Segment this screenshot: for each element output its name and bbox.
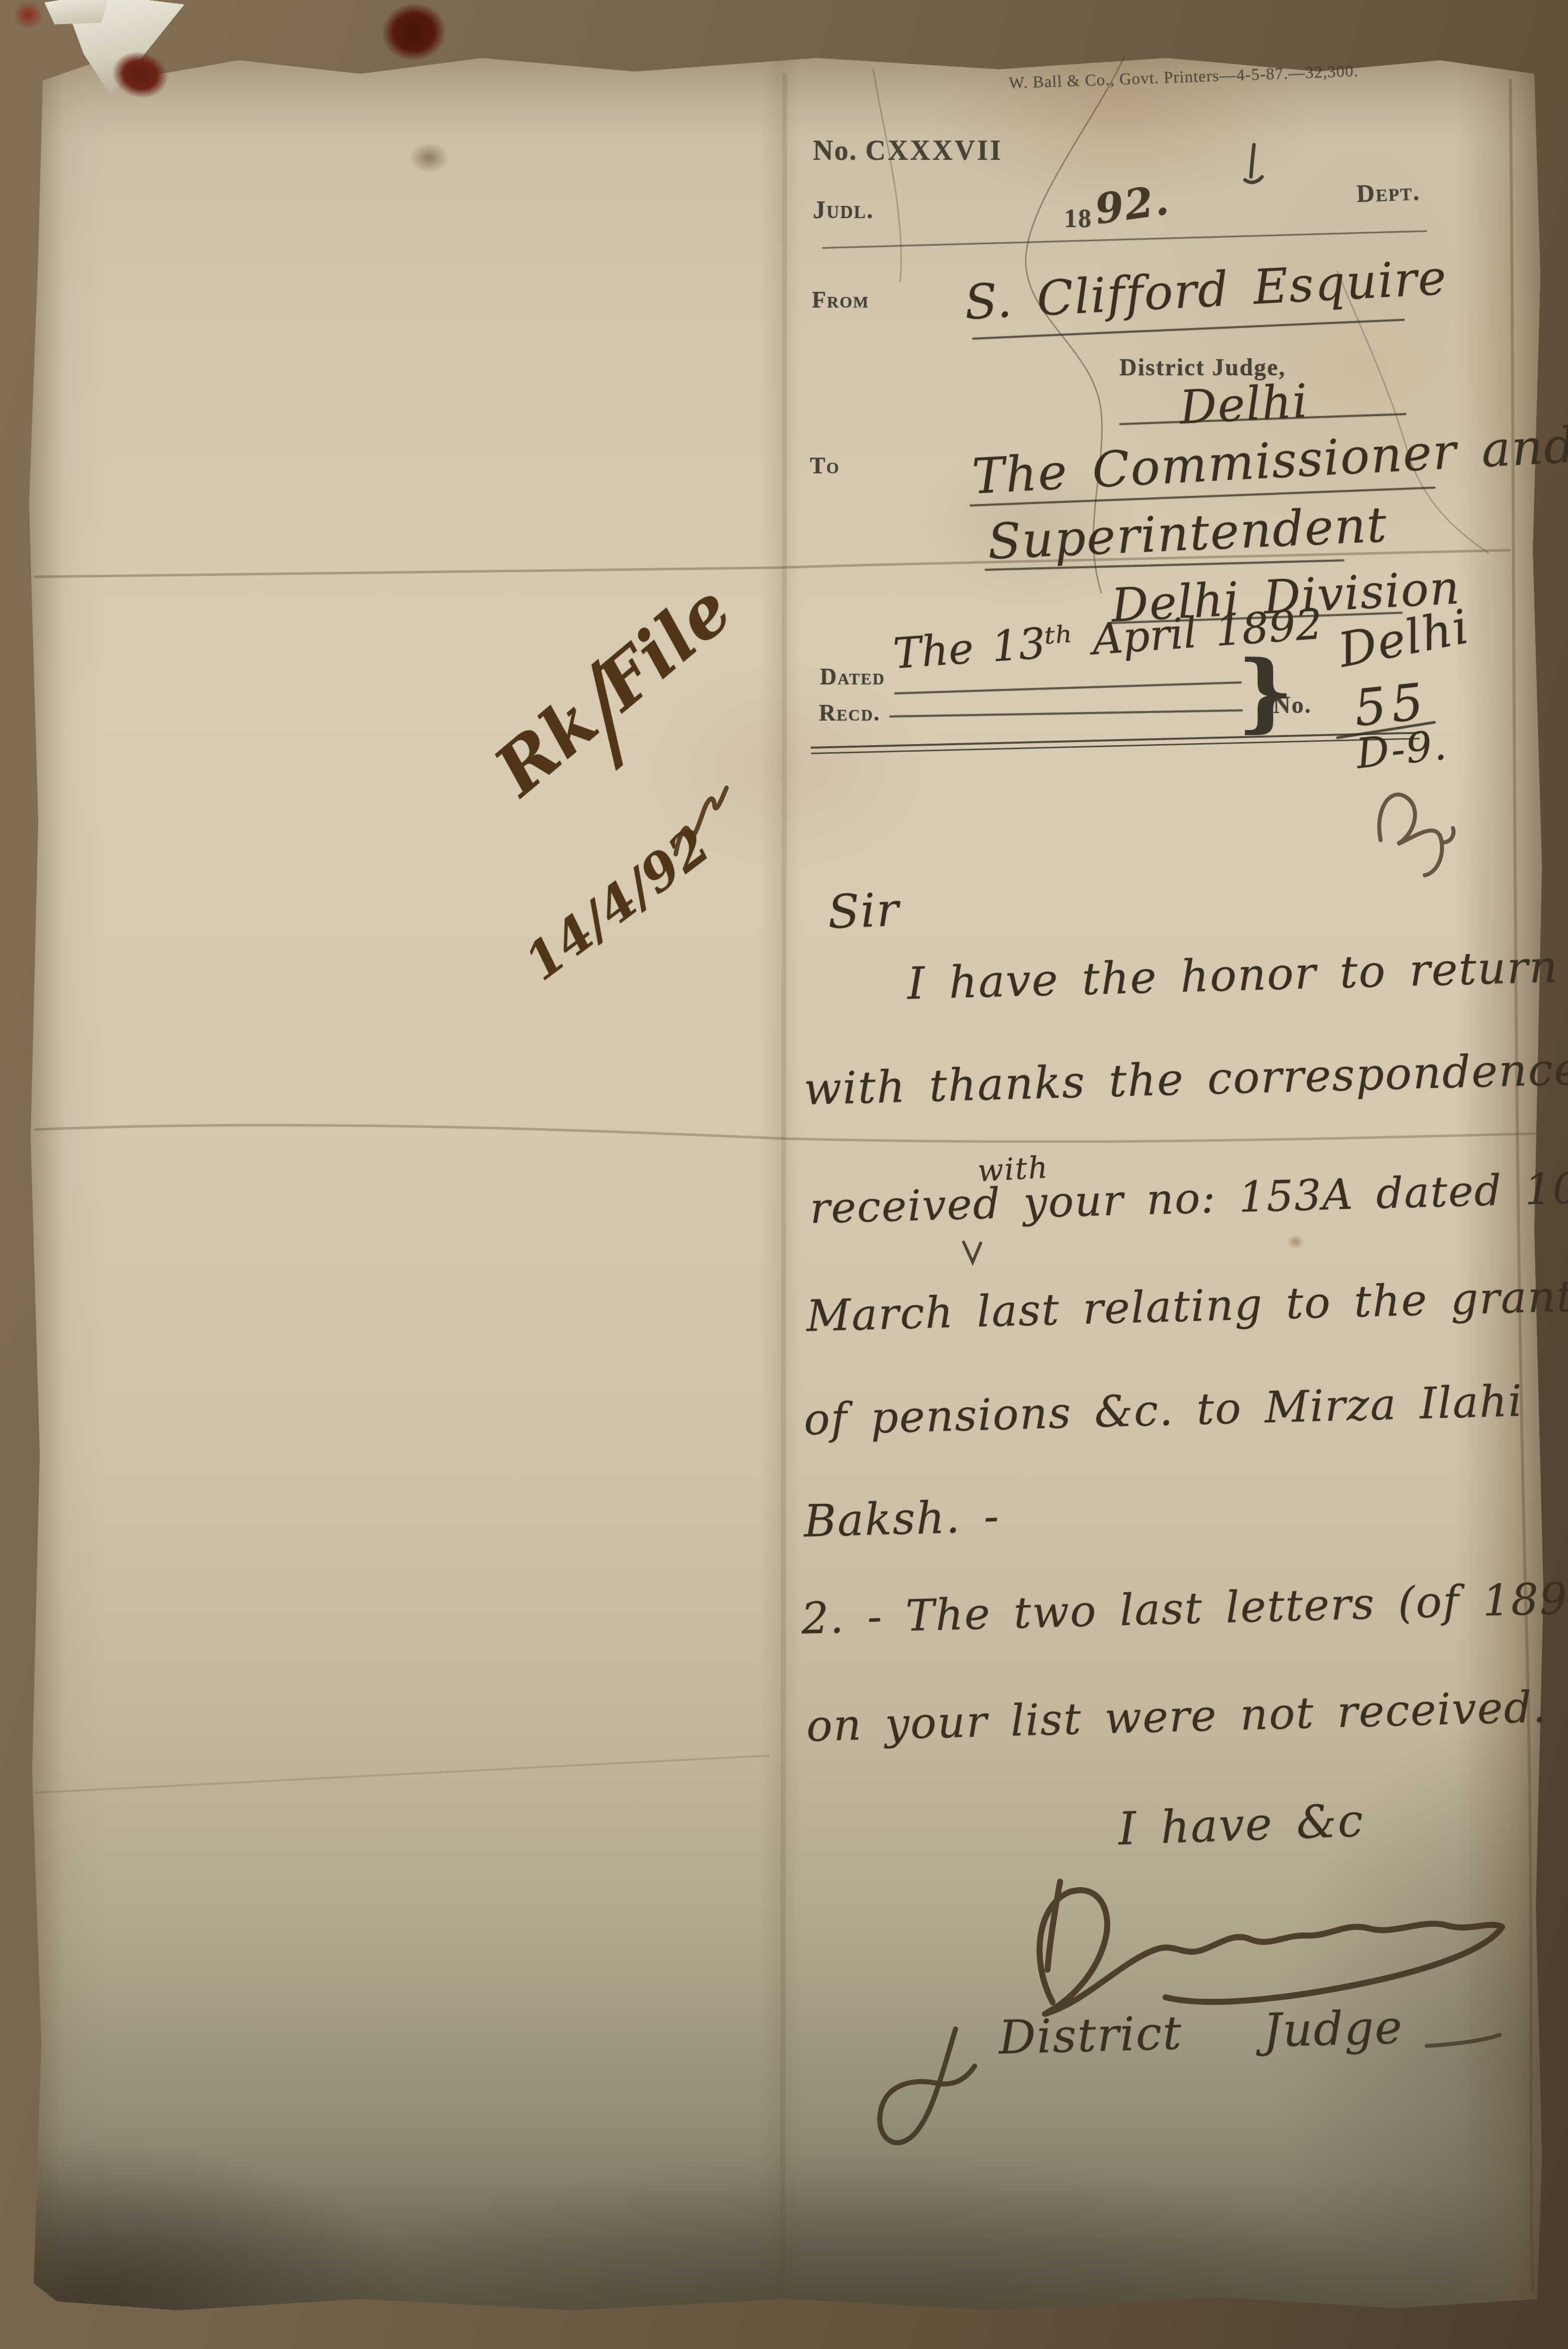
form-number-value: CXXXVII [865, 135, 1003, 166]
dept-label: Dept. [1356, 177, 1421, 208]
recd-label: Recd. [819, 699, 880, 726]
number-denominator: D-9. [1354, 721, 1449, 778]
number-label: No. [1273, 691, 1312, 719]
from-label: From [812, 286, 869, 313]
form-number-label: No. [813, 135, 857, 166]
salutation: Sir [827, 883, 900, 939]
form-number: No. CXXXVII [813, 135, 1003, 167]
signature-title: District Judge [998, 2000, 1404, 2065]
to-label: To [810, 452, 840, 479]
red-corner-mark [8, 0, 48, 34]
year-printed: 18 [1064, 205, 1092, 233]
year-field: 1892. [1064, 189, 1167, 237]
body-line-6: Baksh. - [803, 1490, 1001, 1547]
year-handwritten: 92. [1092, 176, 1173, 234]
judl-label: Judl. [813, 195, 874, 224]
closing-phrase: I have &c [1117, 1794, 1365, 1856]
dated-label: Dated [820, 663, 885, 690]
photographed-document: W. Ball & Co., Govt. Printers—4-5-87.—32… [0, 0, 1568, 2349]
from-station: Delhi [1178, 374, 1310, 435]
